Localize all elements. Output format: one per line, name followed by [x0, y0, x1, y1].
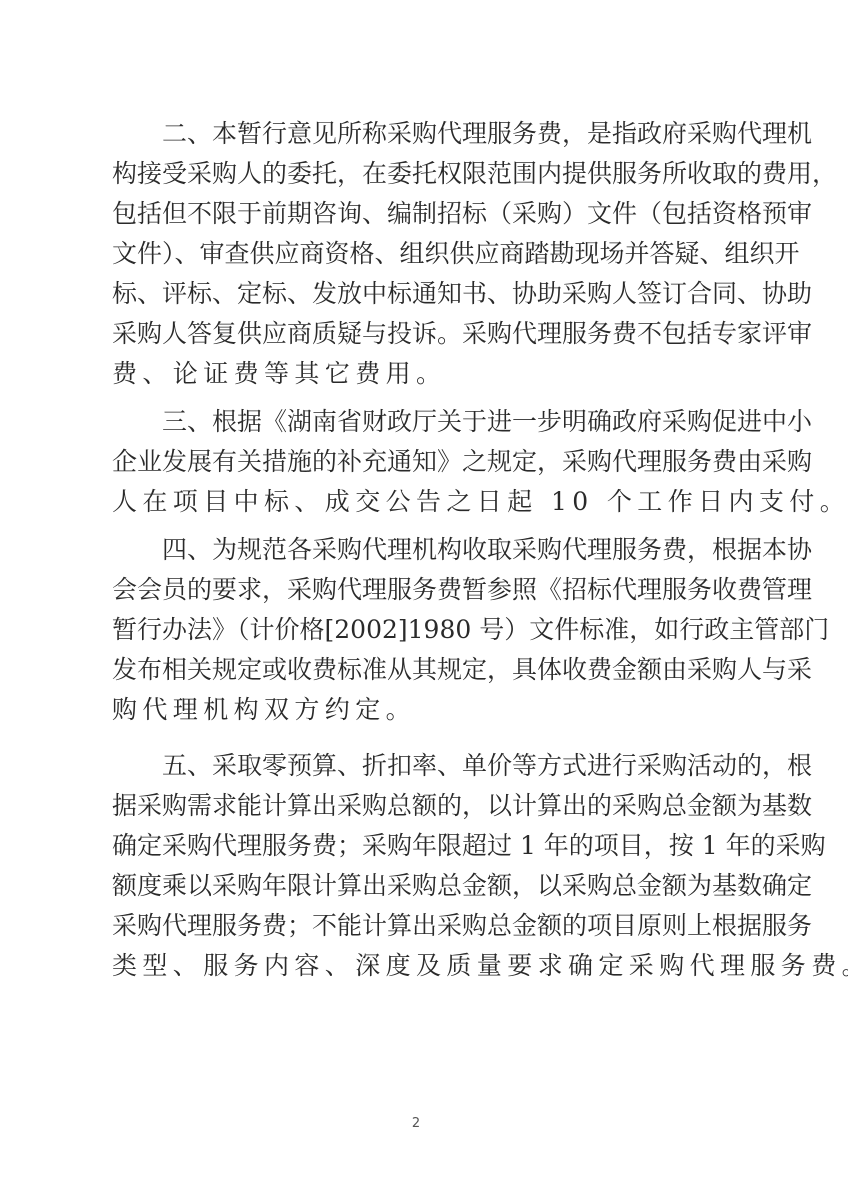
paragraph-4-line-4: 发布相关规定或收费标准从其规定，具体收费金额由采购人与采 [112, 650, 752, 690]
paragraph-5-line-5: 采购代理服务费；不能计算出采购总金额的项目原则上根据服务 [112, 906, 752, 946]
paragraph-3-line-1: 三、根据《湖南省财政厅关于进一步明确政府采购促进中小 [112, 402, 752, 442]
paragraph-4-line-2: 会会员的要求，采购代理服务费暂参照《招标代理服务收费管理 [112, 570, 752, 610]
paragraph-2-line-5: 标、评标、定标、发放中标通知书、协助采购人签订合同、协助 [112, 274, 752, 314]
paragraph-2-line-2: 构接受采购人的委托，在委托权限范围内提供服务所收取的费用， [112, 154, 752, 194]
paragraph-4-line-1: 四、为规范各采购代理机构收取采购代理服务费，根据本协 [112, 530, 752, 570]
paragraph-4-line-3: 暂行办法》（计价格[2002]1980 号）文件标准，如行政主管部门 [112, 610, 752, 650]
paragraph-2-line-1: 二、本暂行意见所称采购代理服务费，是指政府采购代理机 [112, 114, 752, 154]
paragraph-4-line-5: 购代理机构双方约定。 [112, 690, 752, 730]
page-number: 2 [408, 1116, 424, 1131]
paragraph-5-line-2: 据采购需求能计算出采购总额的，以计算出的采购总金额为基数 [112, 786, 752, 826]
paragraph-2-line-4: 文件）、审查供应商资格、组织供应商踏勘现场并答疑、组织开 [112, 234, 752, 274]
paragraph-5-line-6: 类型、服务内容、深度及质量要求确定采购代理服务费。 [112, 946, 752, 986]
paragraph-5-line-1: 五、采取零预算、折扣率、单价等方式进行采购活动的，根 [112, 746, 752, 786]
paragraph-3-line-3: 人在项目中标、成交公告之日起 10 个工作日内支付。 [112, 482, 752, 522]
paragraph-5-line-4: 额度乘以采购年限计算出采购总金额，以采购总金额为基数确定 [112, 866, 752, 906]
paragraph-3-line-2: 企业发展有关措施的补充通知》之规定，采购代理服务费由采购 [112, 442, 752, 482]
paragraph-2-line-7: 费、论证费等其它费用。 [112, 354, 752, 394]
paragraph-2-line-6: 采购人答复供应商质疑与投诉。采购代理服务费不包括专家评审 [112, 314, 752, 354]
paragraph-5-line-3: 确定采购代理服务费；采购年限超过 1 年的项目，按 1 年的采购 [112, 826, 752, 866]
paragraph-2-line-3: 包括但不限于前期咨询、编制招标（采购）文件（包括资格预审 [112, 194, 752, 234]
